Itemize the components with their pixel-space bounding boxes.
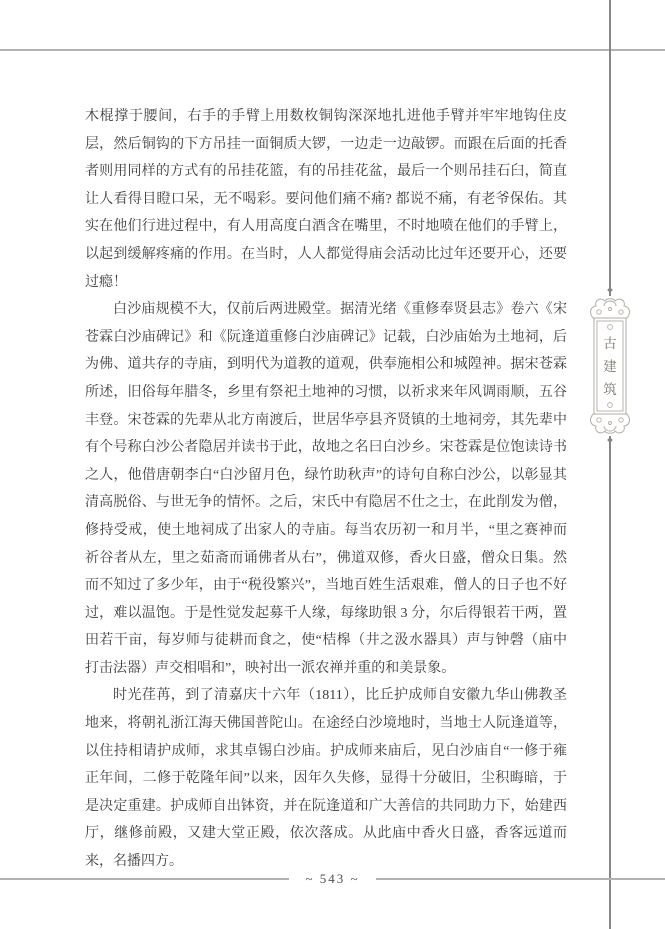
page-footer: ~ 543 ~ [0, 871, 665, 887]
chapter-label-char: 建 [603, 358, 617, 374]
paragraph: 木棍撑于腰间，右手的手臂上用数枚铜钩深深地扎进他手臂并牢牢地钩住皮层，然后铜钩的… [85, 103, 567, 296]
rule-end-dot-bottom [607, 437, 613, 443]
bottom-border-rule-left [0, 878, 289, 880]
page-number: ~ 543 ~ [305, 871, 359, 887]
paragraph: 时光荏苒，到了清嘉庆十六年（1811），比丘护成师自安徽九华山佛教圣地来，将朝礼… [85, 682, 567, 875]
chapter-label-char: 古 [603, 335, 617, 351]
ornamental-plaque-icon: 古 建 筑 [586, 296, 634, 436]
bottom-border-rule-right [376, 878, 665, 880]
chapter-label-plaque: 古 建 筑 [586, 296, 634, 436]
top-border-rule [0, 49, 665, 51]
body-text: 木棍撑于腰间，右手的手臂上用数枚铜钩深深地扎进他手臂并牢牢地钩住皮层，然后铜钩的… [85, 103, 567, 876]
right-vertical-rule [609, 0, 611, 929]
chapter-label-char: 筑 [603, 382, 617, 397]
rule-end-dot-top [607, 287, 613, 293]
paragraph: 白沙庙规模不大，仅前后两进殿堂。据清光绪《重修奉贤县志》卷六《宋苍霖白沙庙碑记》… [85, 296, 567, 682]
